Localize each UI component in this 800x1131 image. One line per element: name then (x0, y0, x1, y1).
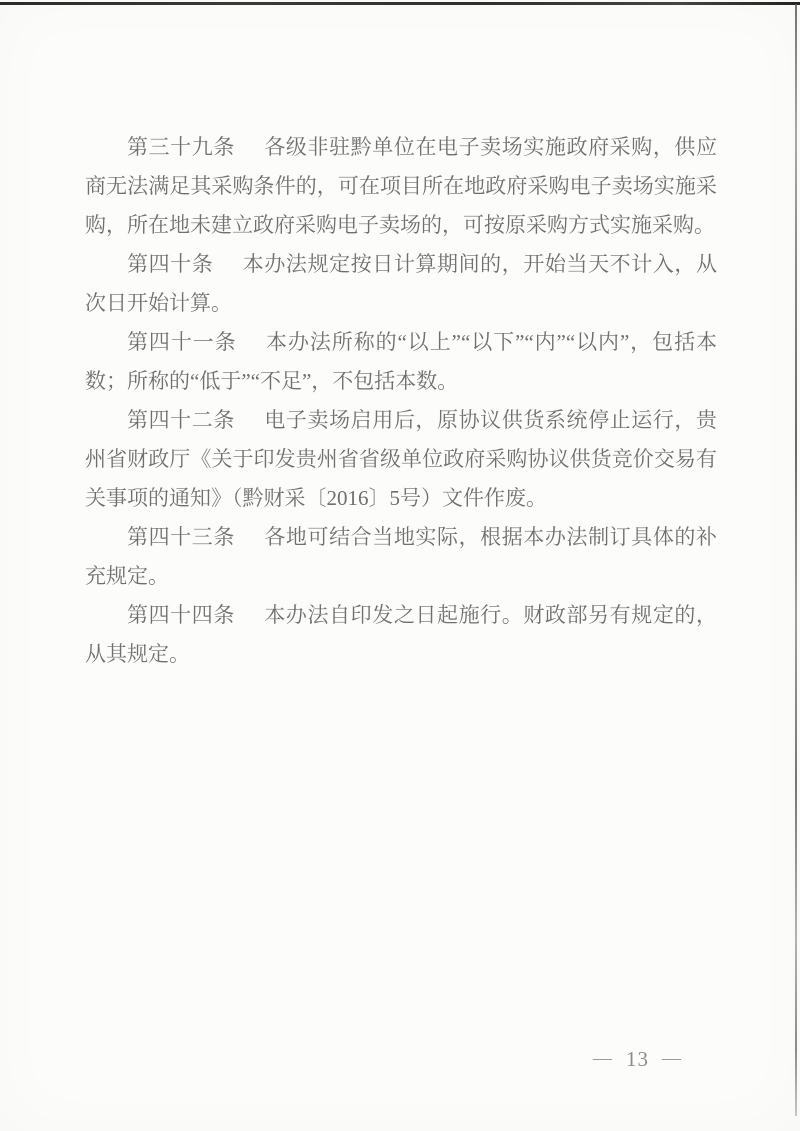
scan-top-edge (0, 2, 800, 5)
article-number: 第四十一条 (127, 330, 237, 354)
footer-dash-right: — (662, 1046, 682, 1072)
article-paragraph: 第四十三条各地可结合当地实际，根据本办法制订具体的补充规定。 (85, 518, 717, 596)
article-paragraph: 第四十一条本办法所称的“以上”“以下”“内”“以内”，包括本数；所称的“低于”“… (85, 323, 717, 401)
article-paragraph: 第四十四条本办法自印发之日起施行。财政部另有规定的，从其规定。 (85, 596, 717, 674)
document-body: 第三十九条各级非驻黔单位在电子卖场实施政府采购，供应商无法满足其采购条件的，可在… (85, 128, 717, 674)
article-number: 第四十三条 (127, 525, 235, 549)
page-footer: — 13 — (593, 1046, 682, 1072)
footer-dash-left: — (593, 1046, 613, 1072)
article-number: 第三十九条 (127, 135, 235, 159)
page-number: 13 (626, 1046, 649, 1072)
document-page: 第三十九条各级非驻黔单位在电子卖场实施政府采购，供应商无法满足其采购条件的，可在… (0, 0, 800, 1131)
article-paragraph: 第四十二条电子卖场启用后，原协议供货系统停止运行，贵州省财政厅《关于印发贵州省省… (85, 401, 717, 518)
scan-right-edge (795, 4, 797, 1116)
article-paragraph: 第四十条本办法规定按日计算期间的，开始当天不计入，从次日开始计算。 (85, 245, 717, 323)
article-number: 第四十条 (127, 252, 213, 276)
article-number: 第四十四条 (127, 603, 235, 627)
article-number: 第四十二条 (127, 408, 235, 432)
article-paragraph: 第三十九条各级非驻黔单位在电子卖场实施政府采购，供应商无法满足其采购条件的，可在… (85, 128, 717, 245)
